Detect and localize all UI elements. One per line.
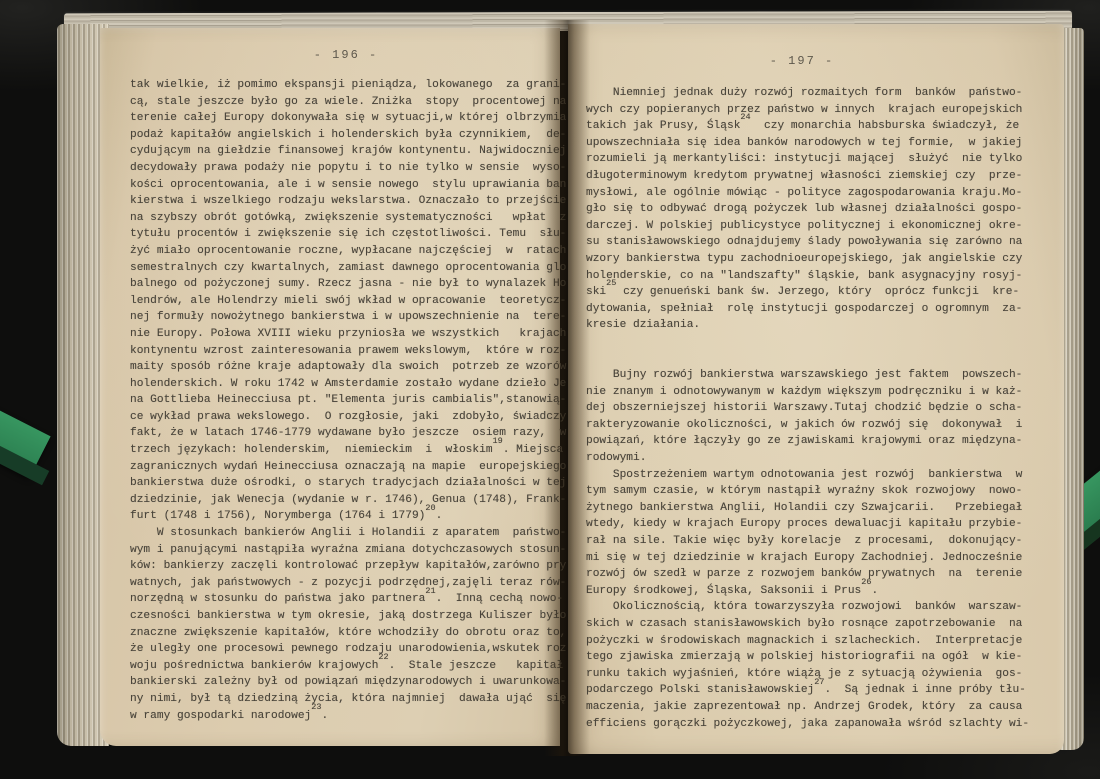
text-line: kresie działania. — [586, 317, 1029, 334]
text-line: balnego od pożyczonej sumy. Rzecz jasna … — [130, 276, 573, 293]
text-line: su stanisławowskiego odnajdujemy ślady p… — [586, 234, 1029, 251]
page-number-left: - 196 - — [130, 48, 562, 62]
scanned-book-spread: - 196 - tak wielkie, iż pomimo ekspansji… — [0, 0, 1100, 779]
text-line: Niemniej jednak duży rozwój rozmaitych f… — [586, 85, 1029, 102]
text-line: Europy środkowej, Śląska, Saksonii i Pru… — [586, 583, 1029, 600]
text-line: runku takich wyjaśnień, które wiążą je z… — [586, 666, 1029, 683]
text-line: wtedy, kiedy w krajach Europy proces dew… — [586, 516, 1029, 533]
text-line: na szybszy obrót gotówką, zwiększenie sy… — [130, 210, 573, 227]
page-text-right: Niemniej jednak duży rozwój rozmaitych f… — [586, 85, 1029, 732]
text-line: holenderskie, co na "landszafty" śląskie… — [586, 268, 1029, 285]
text-line: kierstwa i wszelkiego rodzaju wekslarstw… — [130, 193, 573, 210]
text-line: bankierstwa duże ośrodki, o starych trad… — [130, 475, 573, 492]
text-line: znaczne zwiększenie kapitałów, które wch… — [130, 625, 573, 642]
text-line: tak wielkie, iż pomimo ekspansji pieniąd… — [130, 77, 573, 94]
text-line — [586, 334, 1029, 351]
text-line: długoterminowym kredytom prywatnej własn… — [586, 168, 1029, 185]
text-line: ski25 czy genueński bank św. Jerzego, kt… — [586, 284, 1029, 301]
text-line: maity sposób różne kraje adaptowały dla … — [130, 359, 573, 376]
text-line: gło się to odbywać drogą pożyczek lub wł… — [586, 201, 1029, 218]
text-line: woju pośrednictwa bankierów krajowych22.… — [130, 658, 573, 675]
text-line: dziedzinie, jak Wenecja (wydanie w r. 17… — [130, 492, 573, 509]
text-line: rozwój ów szedł w parze z rozwojem bankó… — [586, 566, 1029, 583]
text-line: maczenia, jakie zaprezentował np. Andrze… — [586, 699, 1029, 716]
text-line: cydującym na giełdzie finansowej krajów … — [130, 143, 573, 160]
text-line: kontynentu wzrost zainteresowania prawem… — [130, 343, 573, 360]
text-line: lendrów, ale Holendrzy mieli swój wkład … — [130, 293, 573, 310]
text-line: ny nimi, był tą dziedziną życia, która n… — [130, 691, 573, 708]
left-page: - 196 - tak wielkie, iż pomimo ekspansji… — [100, 28, 560, 746]
text-line: watnych, jak państwowych - z pozycji pod… — [130, 575, 573, 592]
page-number-right: - 197 - — [586, 54, 1018, 68]
text-line: takich jak Prusy, Śląsk24 czy monarchia … — [586, 118, 1029, 135]
text-line: ce wykład prawa wekslowego. O rozgłosie,… — [130, 409, 573, 426]
text-line: zagranicznych wydań Heinecciusa oznaczaj… — [130, 459, 573, 476]
text-line: nej formuły nowożytnego bankierstwa i w … — [130, 309, 573, 326]
text-line: W stosunkach bankierów Anglii i Holandii… — [130, 525, 573, 542]
text-line: podarczego Polski stanisławowskiej27. Są… — [586, 682, 1029, 699]
text-line: podaż kapitałów angielskich i holendersk… — [130, 127, 573, 144]
text-line: cą, stale jeszcze było go za wiele. Zniż… — [130, 94, 573, 111]
text-line: że uległy one procesowi pewnego rodzaju … — [130, 641, 573, 658]
text-line: skich w czasach stanisławowskich było ro… — [586, 616, 1029, 633]
text-line: holenderskich. W roku 1742 w Amsterdamie… — [130, 376, 573, 393]
text-line: Bujny rozwój bankierstwa warszawskiego j… — [586, 367, 1029, 384]
text-line: powiązań, które łączyły go ze zjawiskami… — [586, 433, 1029, 450]
text-line: wzory bankierstwa typu zachodnioeuropejs… — [586, 251, 1029, 268]
text-line: wych czy popieranych przez państwo w inn… — [586, 102, 1029, 119]
text-line: ków: bankierzy zaczęli kontrolować przep… — [130, 558, 573, 575]
text-line: pożyczki w środowiskach magnackich i szl… — [586, 633, 1029, 650]
text-line — [586, 351, 1029, 368]
text-line: dej obszerniejszej historii Warszawy.Tut… — [586, 400, 1029, 417]
text-line: darczej. W polskiej publicystyce polityc… — [586, 218, 1029, 235]
text-line: tym samym czasie, w którym nastąpił wyra… — [586, 483, 1029, 500]
text-line: rodowymi. — [586, 450, 1029, 467]
text-line: Okolicznością, która towarzyszyła rozwoj… — [586, 599, 1029, 616]
text-line: bankierski zależny był od powiązań międz… — [130, 674, 573, 691]
text-line: rozumieli ją merkantyliści: instytucji m… — [586, 151, 1029, 168]
text-line: żyć miało oprocentowanie roczne, wypłaca… — [130, 243, 573, 260]
text-line: dytowania, spełniał rolę instytucji gosp… — [586, 301, 1029, 318]
text-line: norzędną w stosunku do państwa jako part… — [130, 591, 573, 608]
text-line: w ramy gospodarki narodowej23. — [130, 708, 573, 725]
text-line: furt (1748 i 1756), Norymberga (1764 i 1… — [130, 508, 573, 525]
text-line: na Gottlieba Heinecciusa pt. "Elementa j… — [130, 392, 573, 409]
text-line: tytułu procentów i zwiększenie się ich c… — [130, 226, 573, 243]
text-line: decydowały prawa podaży nie popytu i to … — [130, 160, 573, 177]
text-line: nie znanym i odnotowywanym w każdym więk… — [586, 384, 1029, 401]
text-line: mysłowi, ale ogólnie mówiąc - polityce z… — [586, 185, 1029, 202]
right-page: - 197 - Niemniej jednak duży rozwój rozm… — [568, 24, 1064, 754]
text-line: trzech językach: holenderskim, niemiecki… — [130, 442, 573, 459]
text-line: efficiens gorączki pożyczkowej, jaka zap… — [586, 716, 1029, 733]
text-line: nie Europy. Połowa XVIII wieku przyniosł… — [130, 326, 573, 343]
text-line: rał na sile. Takie więc były korelacje z… — [586, 533, 1029, 550]
text-line: wym i panującymi nastąpiła wyraźna zmian… — [130, 542, 573, 559]
text-line: tego zjawiska zmierzają w polskiej histo… — [586, 649, 1029, 666]
text-line: kości oprocentowania, ale i w sensie now… — [130, 177, 573, 194]
text-line: upowszechniała się idea banków narodowyc… — [586, 135, 1029, 152]
text-line: fakt, że w latach 1746-1779 wydawane był… — [130, 425, 573, 442]
text-line: semestralnych czy kwartalnych, zamiast d… — [130, 260, 573, 277]
text-line: żytnego bankierstwa Anglii, Holandii czy… — [586, 500, 1029, 517]
text-line: Spostrzeżeniem wartym odnotowania jest r… — [586, 467, 1029, 484]
text-line: terenie całej Europy dokonywała się w sy… — [130, 110, 573, 127]
text-line: rakteryzowanie okoliczności, w jakich ów… — [586, 417, 1029, 434]
page-text-left: tak wielkie, iż pomimo ekspansji pieniąd… — [130, 77, 573, 724]
text-line: mi się w tej dziedzinie w krajach Europy… — [586, 550, 1029, 567]
text-line: czesności bankierstwa w tym okresie, jak… — [130, 608, 573, 625]
